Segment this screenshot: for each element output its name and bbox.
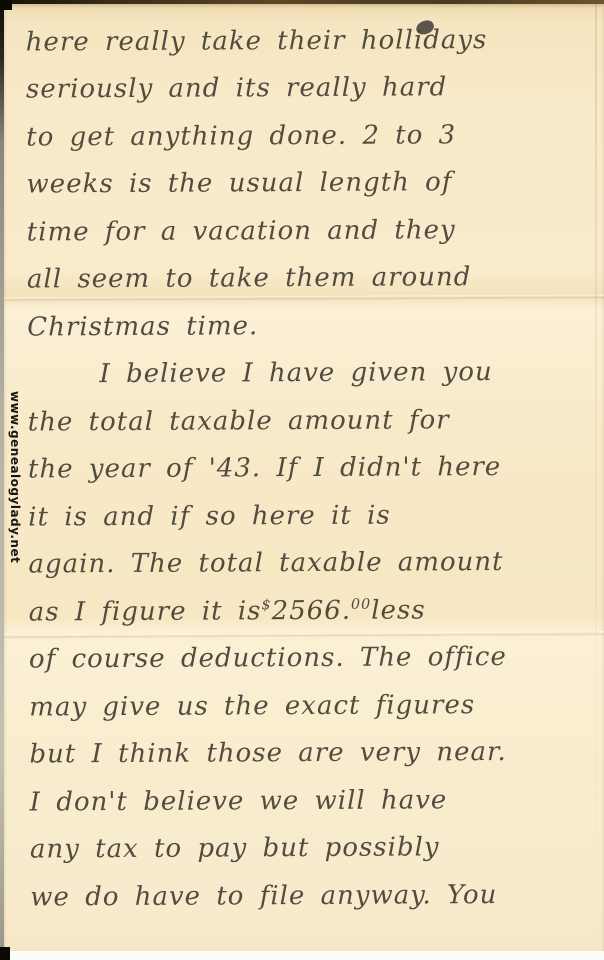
letter-paper: www.genealogylady.net here really take t… [4,4,604,951]
scan-edge-bottom [0,951,604,960]
handwritten-line-14: of course deductions. The office [29,633,591,683]
handwritten-line-16: but I think those are very near. [29,728,591,778]
watermark-url: www.genealogylady.net [8,391,22,576]
amount-line-suffix: less [371,595,426,625]
handwritten-line-8: I believe I have given you [27,348,589,398]
handwritten-line-4: weeks is the usual length of [26,158,588,208]
handwritten-line-5: time for a vacation and they [27,206,589,256]
handwritten-line-10: the year of '43. If I didn't here [28,443,590,493]
handwritten-line-7: Christmas time. [27,301,589,351]
handwritten-line-15: may give us the exact figures [29,681,591,731]
handwritten-line-12: again. The total taxable amount [28,538,590,588]
right-edge-crease [595,4,597,951]
scan-corner-top-left [0,0,12,10]
handwritten-line-18: any tax to pay but possibly [30,823,592,873]
scan-edge-top [0,0,604,4]
handwritten-line-17: I don't believe we will have [30,776,592,826]
handwritten-line-11: it is and if so here it is [28,491,590,541]
letter-body: here really take their hollidays serious… [26,16,593,921]
handwritten-line-1: here really take their hollidays [26,16,588,66]
scan-corner-bottom-left [0,947,10,960]
scan-edge-left [0,0,4,951]
amount-line-prefix: as I figure it is [29,596,262,627]
handwritten-line-9: the total taxable amount for [28,396,590,446]
taxable-amount-value: 2566. [272,596,352,626]
handwritten-line-13: as I figure it is $2566.00 less [29,586,591,636]
handwritten-line-6: all seem to take them around [27,253,589,303]
handwritten-line-3: to get anything done. 2 to 3 [26,111,588,161]
handwritten-line-19: we do have to file anyway. You [30,871,592,921]
scanned-letter-page: www.genealogylady.net here really take t… [0,0,604,960]
handwritten-line-2: seriously and its really hard [26,63,588,113]
